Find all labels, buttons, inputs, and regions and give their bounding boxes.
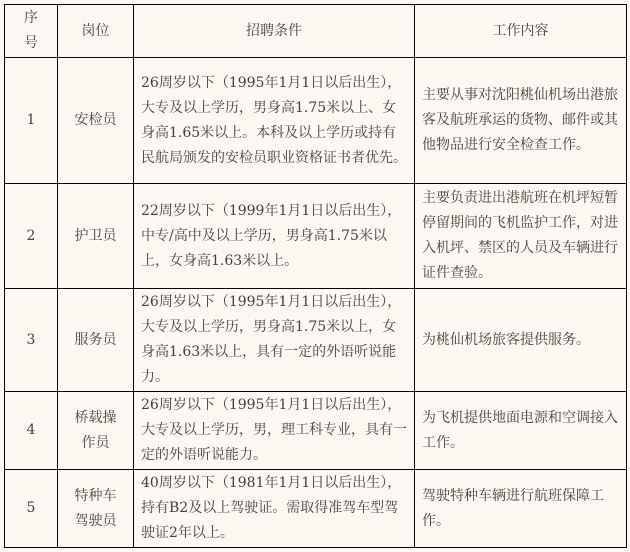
cell-work-content: 主要负责进出港航班在机坪短暂停留期间的飞机监护工作，对进入机坪、禁区的人员及车辆… <box>415 184 627 289</box>
cell-work-content: 驾驶特种车辆进行航班保障工作。 <box>415 470 627 548</box>
cell-serial-number: 4 <box>5 392 58 470</box>
cell-work-content: 为桃仙机场旅客提供服务。 <box>415 289 627 392</box>
cell-recruitment-conditions: 26周岁以下（1995年1月1日以后出生），大专及以上学历，男身高1.75米以上… <box>134 58 415 184</box>
recruitment-notice-page: 序 号 岗位 招聘条件 工作内容 1 安检员 26周岁以下（1995年1月1日以… <box>0 0 630 552</box>
cell-recruitment-conditions: 26周岁以下（1995年1月1日以后出生），大专及以上学历，男身高1.75米以上… <box>134 289 415 392</box>
cell-serial-number: 5 <box>5 470 58 548</box>
cell-position: 桥载操作员 <box>58 392 134 470</box>
table-row: 2 护卫员 22周岁以下（1999年1月1日以后出生），中专/高中及以上学历，男… <box>5 184 627 289</box>
table-row: 3 服务员 26周岁以下（1995年1月1日以后出生），大专及以上学历，男身高1… <box>5 289 627 392</box>
cell-position: 服务员 <box>58 289 134 392</box>
table-row: 4 桥载操作员 26周岁以下（1995年1月1日以后出生），大专及以上学历，男，… <box>5 392 627 470</box>
header-serial-number: 序 号 <box>5 5 58 58</box>
cell-position: 特种车驾驶员 <box>58 470 134 548</box>
cell-recruitment-conditions: 40周岁以下（1981年1月1日以后出生），持有B2及以上驾驶证。需取得准驾车型… <box>134 470 415 548</box>
table-row: 1 安检员 26周岁以下（1995年1月1日以后出生），大专及以上学历，男身高1… <box>5 58 627 184</box>
cell-work-content: 为飞机提供地面电源和空调接入工作。 <box>415 392 627 470</box>
header-work-content: 工作内容 <box>415 5 627 58</box>
table-row: 5 特种车驾驶员 40周岁以下（1981年1月1日以后出生），持有B2及以上驾驶… <box>5 470 627 548</box>
cell-position: 安检员 <box>58 58 134 184</box>
cell-recruitment-conditions: 26周岁以下（1995年1月1日以后出生），大专及以上学历，男，理工科专业，具有… <box>134 392 415 470</box>
cell-work-content: 主要从事对沈阳桃仙机场出港旅客及航班承运的货物、邮件或其他物品进行安全检查工作。 <box>415 58 627 184</box>
cell-serial-number: 3 <box>5 289 58 392</box>
cell-serial-number: 2 <box>5 184 58 289</box>
header-recruitment-conditions: 招聘条件 <box>134 5 415 58</box>
cell-recruitment-conditions: 22周岁以下（1999年1月1日以后出生），中专/高中及以上学历，男身高1.75… <box>134 184 415 289</box>
cell-serial-number: 1 <box>5 58 58 184</box>
cell-position: 护卫员 <box>58 184 134 289</box>
header-position: 岗位 <box>58 5 134 58</box>
recruitment-table: 序 号 岗位 招聘条件 工作内容 1 安检员 26周岁以下（1995年1月1日以… <box>4 4 627 548</box>
table-header-row: 序 号 岗位 招聘条件 工作内容 <box>5 5 627 58</box>
